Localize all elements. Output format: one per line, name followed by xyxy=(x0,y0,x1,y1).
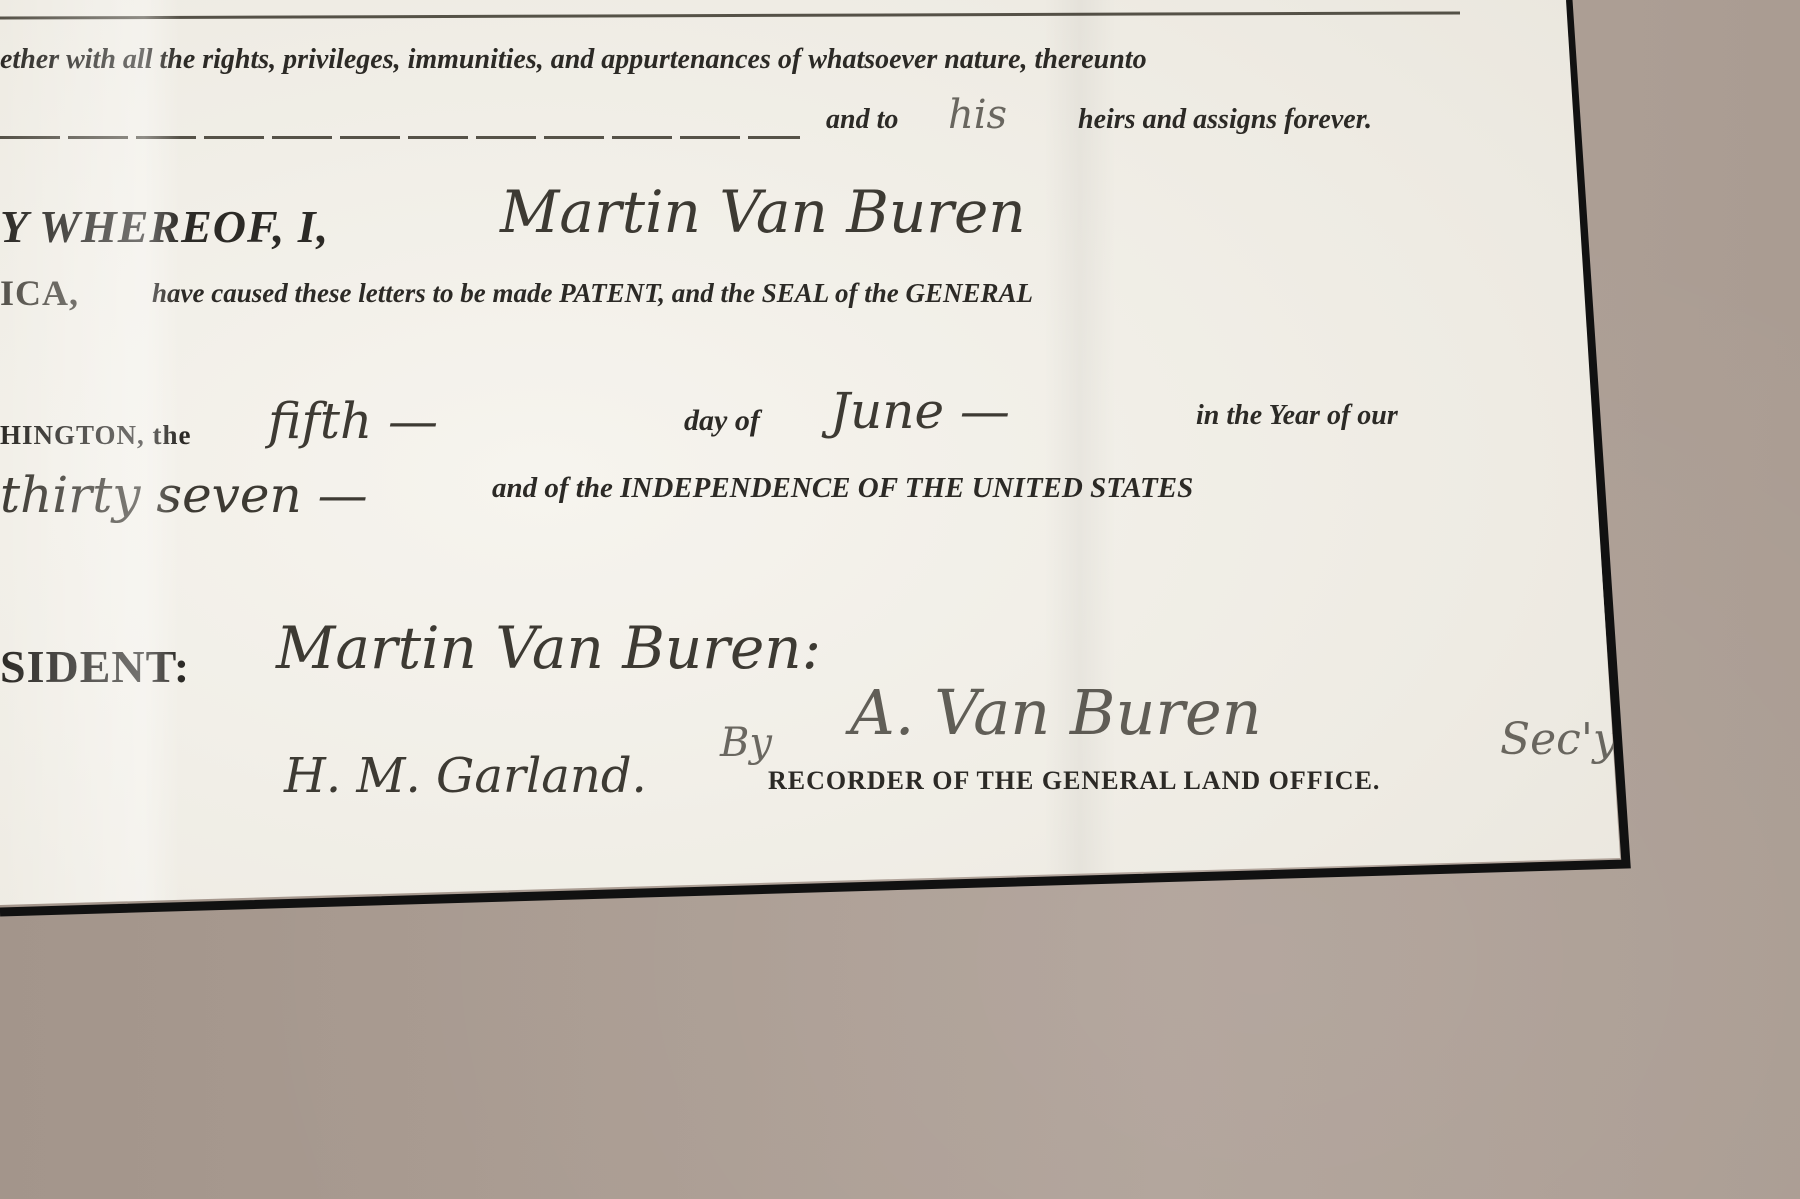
president-label: SIDENT: xyxy=(0,640,190,693)
patent-line: have caused these letters to be made PAT… xyxy=(152,278,1033,309)
recorder-signature: H. M. Garland. xyxy=(284,748,647,804)
president-signature: Martin Van Buren: xyxy=(276,614,821,682)
secretary-signature: A. Van Buren xyxy=(850,676,1262,749)
and-to-label: and to xyxy=(826,104,898,136)
year-of-our-label: in the Year of our xyxy=(1196,400,1398,432)
handwritten-day: fifth — xyxy=(268,392,438,450)
handwritten-his: his xyxy=(948,92,1007,138)
secretary-title: Sec'y xyxy=(1500,714,1618,765)
top-rule xyxy=(0,11,1460,19)
handwritten-year: thirty seven — xyxy=(0,466,368,524)
by-label: By xyxy=(720,720,772,766)
handwritten-month: June — xyxy=(830,382,1010,440)
dashed-rule xyxy=(0,136,800,139)
whereof-heading: Y WHEREOF, I, xyxy=(0,200,329,253)
rights-line: ether with all the rights, privileges, i… xyxy=(0,44,1147,76)
handwritten-president-name: Martin Van Buren xyxy=(500,178,1026,246)
washington-fragment: HINGTON, the xyxy=(0,420,192,451)
heirs-line: heirs and assigns forever. xyxy=(1078,104,1372,136)
recorder-title: RECORDER OF THE GENERAL LAND OFFICE. xyxy=(768,766,1380,796)
independence-line: and of the INDEPENDENCE OF THE UNITED ST… xyxy=(492,472,1193,505)
day-of-label: day of xyxy=(684,404,760,438)
america-fragment: ICA, xyxy=(0,272,79,314)
